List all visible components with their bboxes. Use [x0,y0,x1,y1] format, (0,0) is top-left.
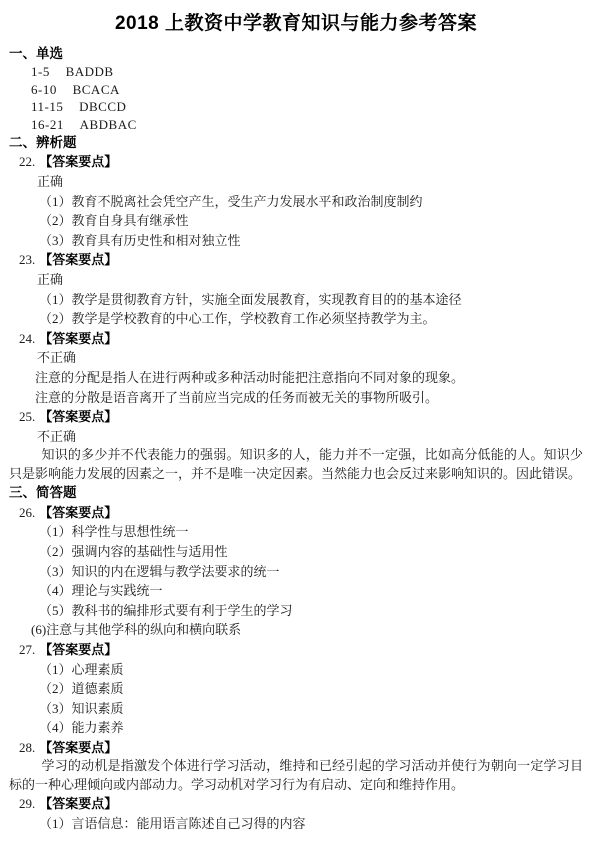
item-label: 【答案要点】 [39,740,117,755]
answer-point: （1）言语信息：能用语言陈述自己习得的内容 [39,814,583,834]
item-label: 【答案要点】 [39,331,117,346]
section-short-answer: 三、简答题 26.【答案要点】 （1）科学性与思想性统一 （2）强调内容的基础性… [9,483,583,833]
section-heading-discrimination: 二、辨析题 [9,133,583,152]
answer-body-line: 注意的分配是指人在进行两种或多种活动时能把注意指向不同对象的现象。 [35,368,583,388]
answer-point: （2）强调内容的基础性与适用性 [39,542,583,562]
verdict-text: 正确 [37,172,583,192]
answer-row: 16-21 ABDBAC [31,116,583,133]
answer-row: 6-10 BCACA [31,81,583,98]
answer-point: （4）理论与实践统一 [39,581,583,601]
answer-letters: BADDB [66,64,114,79]
item-label: 【答案要点】 [39,505,117,520]
question-range: 6-10 [31,81,57,98]
answer-point: （4）能力素养 [39,718,583,738]
answer-letters: BCACA [73,82,120,97]
item-head: 22.【答案要点】 [19,152,583,172]
item-label: 【答案要点】 [39,642,117,657]
item-number: 26. [19,505,35,520]
item-label: 【答案要点】 [39,409,117,424]
item-number: 25. [19,409,35,424]
item-number: 27. [19,642,35,657]
item-head: 29.【答案要点】 [19,794,583,814]
answer-item-26: 26.【答案要点】 （1）科学性与思想性统一 （2）强调内容的基础性与适用性 （… [9,503,583,640]
item-label: 【答案要点】 [39,154,117,169]
answer-point: （1）心理素质 [39,660,583,680]
item-head: 27.【答案要点】 [19,640,583,660]
answer-point: （1）教育不脱离社会凭空产生，受生产力发展水平和政治制度制约 [39,192,583,212]
section-single-choice: 一、单选 1-5 BADDB 6-10 BCACA 11-15 DBCCD 16… [9,44,583,133]
page-title: 2018 上教资中学教育知识与能力参考答案 [9,8,583,35]
item-label: 【答案要点】 [39,796,117,811]
document-page: 2018 上教资中学教育知识与能力参考答案 一、单选 1-5 BADDB 6-1… [0,0,595,860]
item-head: 25.【答案要点】 [19,407,583,427]
item-number: 23. [19,252,35,267]
item-number: 24. [19,331,35,346]
item-head: 24.【答案要点】 [19,329,583,349]
answer-point: （3）教育具有历史性和相对独立性 [39,231,583,251]
answer-item-27: 27.【答案要点】 （1）心理素质 （2）道德素质 （3）知识素质 （4）能力素… [9,640,583,738]
answer-item-25: 25.【答案要点】 不正确 知识的多少并不代表能力的强弱。知识多的人，能力并不一… [9,407,583,483]
item-number: 29. [19,796,35,811]
answer-point: （3）知识素质 [39,699,583,719]
answer-item-28: 28.【答案要点】 学习的动机是指激发个体进行学习活动，维持和已经引起的学习活动… [9,738,583,795]
question-range: 1-5 [31,63,50,80]
verdict-text: 正确 [37,270,583,290]
question-range: 11-15 [31,98,63,115]
section-discrimination: 二、辨析题 22.【答案要点】 正确 （1）教育不脱离社会凭空产生，受生产力发展… [9,133,583,483]
answer-point: （2）教育自身具有继承性 [39,211,583,231]
answer-point: （2）教学是学校教育的中心工作，学校教育工作必须坚持教学为主。 [39,309,583,329]
answer-item-29: 29.【答案要点】 （1）言语信息：能用语言陈述自己习得的内容 [9,794,583,833]
answer-point: (6)注意与其他学科的纵向和横向联系 [31,620,583,640]
item-head: 23.【答案要点】 [19,250,583,270]
answer-item-23: 23.【答案要点】 正确 （1）教学是贯彻教育方针，实施全面发展教育，实现教育目… [9,250,583,328]
answer-item-24: 24.【答案要点】 不正确 注意的分配是指人在进行两种或多种活动时能把注意指向不… [9,329,583,407]
answer-letters: ABDBAC [80,117,137,132]
item-head: 28.【答案要点】 [19,738,583,758]
answer-row: 11-15 DBCCD [31,98,583,115]
answer-point: （1）教学是贯彻教育方针，实施全面发展教育，实现教育目的的基本途径 [39,290,583,310]
question-range: 16-21 [31,116,64,133]
answer-body-line: 注意的分散是语音离开了当前应当完成的任务而被无关的事物所吸引。 [35,388,583,408]
answer-paragraph: 学习的动机是指激发个体进行学习活动，维持和已经引起的学习活动并使行为朝向一定学习… [9,757,583,794]
item-number: 22. [19,154,35,169]
answer-point: （2）道德素质 [39,679,583,699]
item-head: 26.【答案要点】 [19,503,583,523]
answer-paragraph: 知识的多少并不代表能力的强弱。知识多的人，能力并不一定强，比如高分低能的人。知识… [9,446,583,483]
verdict-text: 不正确 [37,427,583,447]
section-heading-single-choice: 一、单选 [9,44,583,63]
answer-letters: DBCCD [79,99,126,114]
verdict-text: 不正确 [37,348,583,368]
answer-row: 1-5 BADDB [31,63,583,80]
answer-item-22: 22.【答案要点】 正确 （1）教育不脱离社会凭空产生，受生产力发展水平和政治制… [9,152,583,250]
section-heading-short-answer: 三、简答题 [9,483,583,502]
answer-point: （5）教科书的编排形式要有利于学生的学习 [39,601,583,621]
answer-point: （3）知识的内在逻辑与教学法要求的统一 [39,562,583,582]
answer-point: （1）科学性与思想性统一 [39,522,583,542]
item-number: 28. [19,740,35,755]
item-label: 【答案要点】 [39,252,117,267]
